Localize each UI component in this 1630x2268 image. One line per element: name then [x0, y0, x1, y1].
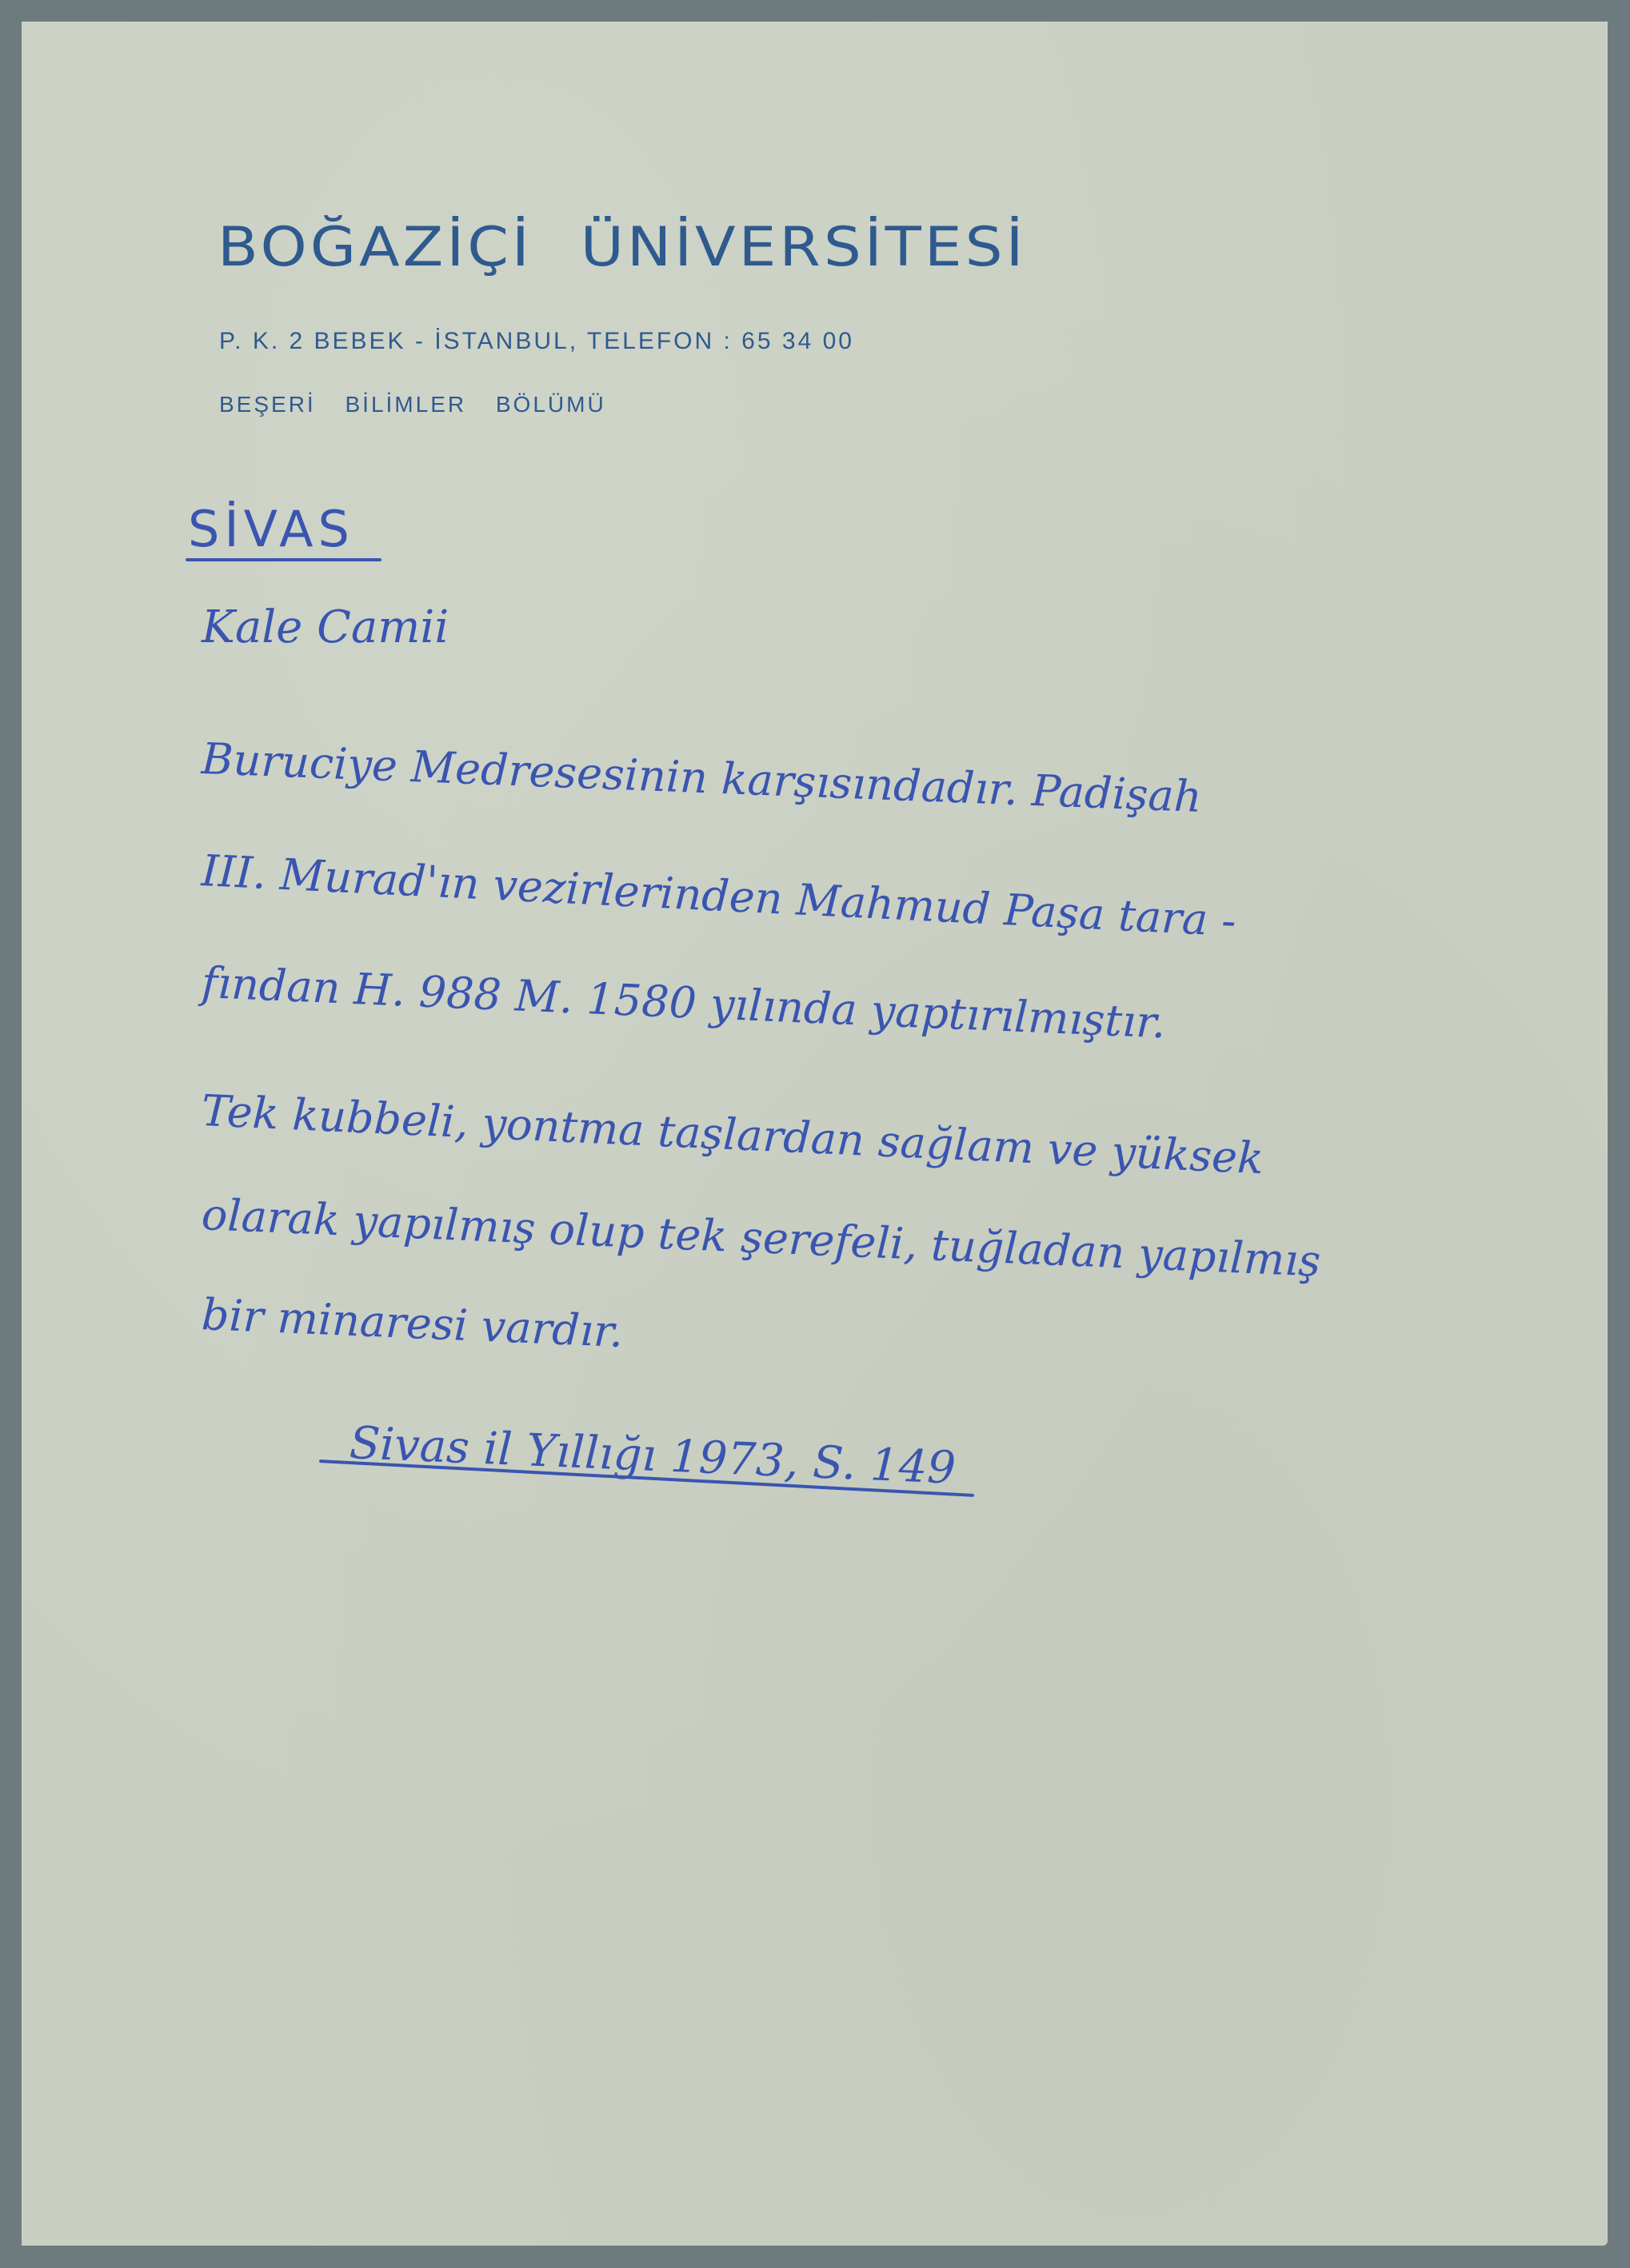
letterhead-title: BOĞAZİÇİÜNİVERSİTESİ: [218, 218, 1026, 277]
note-line: Buruciye Medresesinin karşısındadır. Pad…: [201, 733, 1203, 822]
letterhead-department: BEŞERİ BİLİMLER BÖLÜMÜ: [219, 392, 627, 417]
note-line: bir minaresi vardır.: [201, 1289, 625, 1357]
note-line: fından H. 988 M. 1580 yılında yaptırılmı…: [201, 957, 1167, 1048]
paper-sheet: BOĞAZİÇİÜNİVERSİTESİ P. K. 2 BEBEK - İST…: [22, 22, 1608, 2246]
note-heading: SİVAS: [188, 500, 354, 558]
department-word: BÖLÜMÜ: [496, 392, 606, 417]
note-subtitle: Kale Camii: [202, 601, 449, 653]
letterhead-title-part2: ÜNİVERSİTESİ: [581, 215, 1027, 278]
note-line: Tek kubbeli, yontma taşlardan sağlam ve …: [201, 1085, 1265, 1184]
note-citation: Sivas il Yıllığı 1973, S. 149: [349, 1417, 957, 1495]
department-word: BEŞERİ: [219, 392, 316, 417]
note-line: III. Murad'ın vezirlerinden Mahmud Paşa …: [200, 845, 1237, 946]
letterhead: BOĞAZİÇİÜNİVERSİTESİ P. K. 2 BEBEK - İST…: [218, 218, 1026, 282]
letterhead-title-part1: BOĞAZİÇİ: [218, 215, 533, 278]
heading-underline: [186, 558, 382, 561]
citation-source: Sivas il Yıllığı 1973: [349, 1417, 785, 1487]
letterhead-address: P. K. 2 BEBEK - İSTANBUL, TELEFON : 65 3…: [219, 328, 854, 355]
note-line: olarak yapılmış olup tek şerefeli, tuğla…: [201, 1189, 1322, 1287]
department-word: BİLİMLER: [345, 392, 466, 417]
